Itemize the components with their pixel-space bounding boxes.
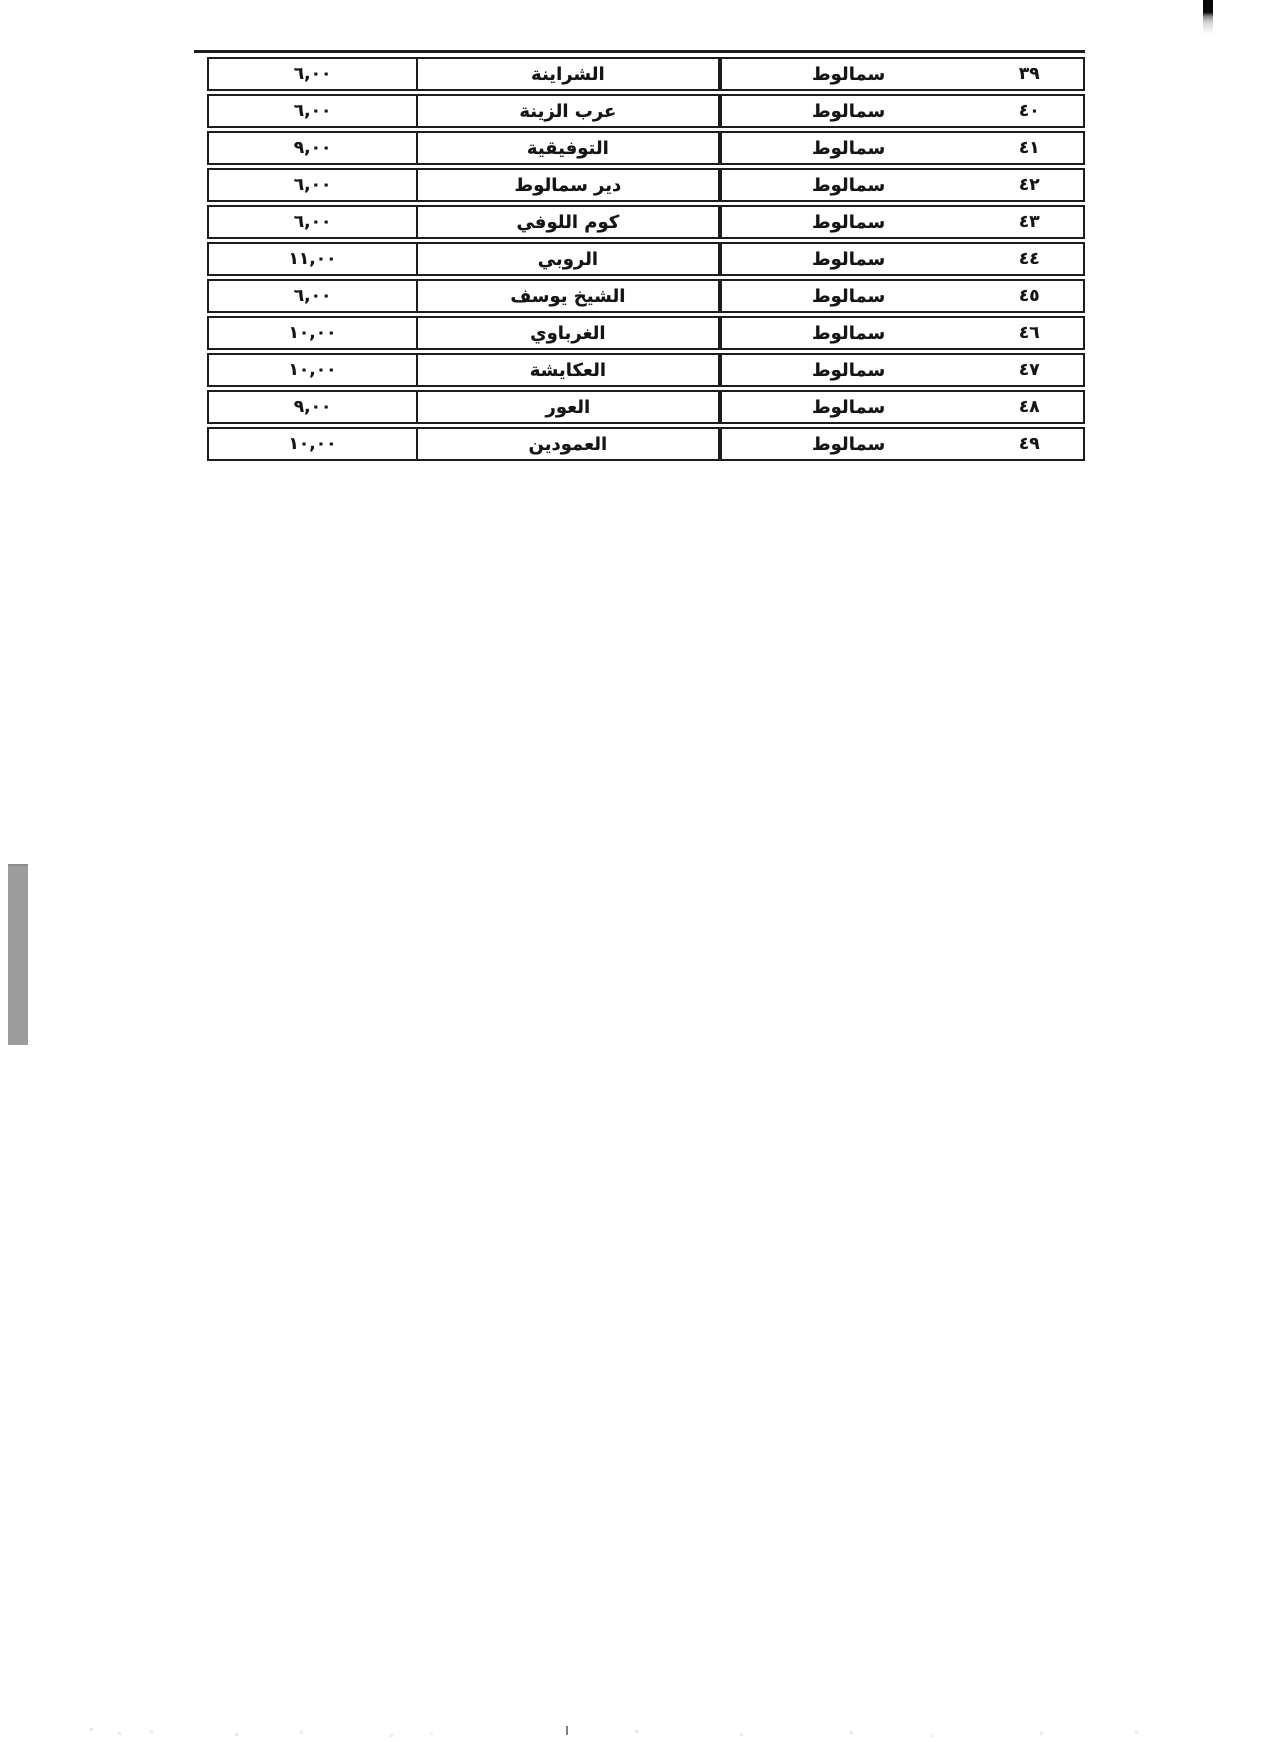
cell-row-number: ٤٨ — [976, 392, 1084, 422]
table-row: ٦,٠٠ عرب الزينة سمالوط ٤٠ — [207, 94, 1085, 128]
cell-row-number: ٤٩ — [976, 429, 1084, 459]
cell-district: سمالوط — [720, 133, 976, 163]
cell-value: ٩,٠٠ — [209, 392, 416, 422]
cell-district: سمالوط — [720, 207, 976, 237]
cell-value: ٦,٠٠ — [209, 59, 416, 89]
cell-district: سمالوط — [720, 59, 976, 89]
cell-row-number: ٤٢ — [976, 170, 1084, 200]
cell-row-number: ٤٥ — [976, 281, 1084, 311]
cell-district: سمالوط — [720, 96, 976, 126]
cell-row-number: ٤١ — [976, 133, 1084, 163]
table-row: ٩,٠٠ التوفيقية سمالوط ٤١ — [207, 131, 1085, 165]
villages-table: ٦,٠٠ الشراينة سمالوط ٣٩ ٦,٠٠ عرب الزينة … — [207, 57, 1085, 464]
cell-village: العكايشة — [416, 355, 720, 385]
cell-village: العمودين — [416, 429, 720, 459]
cell-village: دير سمالوط — [416, 170, 720, 200]
cell-village: التوفيقية — [416, 133, 720, 163]
cell-village: كوم اللوفي — [416, 207, 720, 237]
table-rows-container: ٦,٠٠ الشراينة سمالوط ٣٩ ٦,٠٠ عرب الزينة … — [207, 57, 1085, 461]
cell-value: ٩,٠٠ — [209, 133, 416, 163]
cell-value: ١١,٠٠ — [209, 244, 416, 274]
scan-artifact-gray-bar — [8, 864, 28, 1045]
table-row: ٦,٠٠ كوم اللوفي سمالوط ٤٣ — [207, 205, 1085, 239]
scan-artifact-top-right-mark — [1203, 0, 1213, 34]
cell-district: سمالوط — [720, 392, 976, 422]
table-row: ١٠,٠٠ الغرباوي سمالوط ٤٦ — [207, 316, 1085, 350]
cell-value: ٦,٠٠ — [209, 207, 416, 237]
cell-district: سمالوط — [720, 318, 976, 348]
cell-row-number: ٣٩ — [976, 59, 1084, 89]
cell-row-number: ٤٣ — [976, 207, 1084, 237]
cell-district: سمالوط — [720, 429, 976, 459]
cell-village: الشراينة — [416, 59, 720, 89]
table-row: ١١,٠٠ الروبي سمالوط ٤٤ — [207, 242, 1085, 276]
scan-artifact-bottom-dash — [566, 1726, 568, 1735]
table-row: ٦,٠٠ الشيخ يوسف سمالوط ٤٥ — [207, 279, 1085, 313]
table-row: ٩,٠٠ العور سمالوط ٤٨ — [207, 390, 1085, 424]
cell-row-number: ٤٤ — [976, 244, 1084, 274]
cell-village: الروبي — [416, 244, 720, 274]
cell-district: سمالوط — [720, 355, 976, 385]
cell-value: ١٠,٠٠ — [209, 318, 416, 348]
cell-value: ٦,٠٠ — [209, 96, 416, 126]
cell-district: سمالوط — [720, 281, 976, 311]
cell-value: ٦,٠٠ — [209, 281, 416, 311]
cell-row-number: ٤٠ — [976, 96, 1084, 126]
cell-value: ٦,٠٠ — [209, 170, 416, 200]
scan-artifact-bottom-noise — [90, 1728, 93, 1731]
table-row: ١٠,٠٠ العكايشة سمالوط ٤٧ — [207, 353, 1085, 387]
cell-village: الشيخ يوسف — [416, 281, 720, 311]
cell-district: سمالوط — [720, 244, 976, 274]
table-row: ١٠,٠٠ العمودين سمالوط ٤٩ — [207, 427, 1085, 461]
scanned-page: ٦,٠٠ الشراينة سمالوط ٣٩ ٦,٠٠ عرب الزينة … — [0, 0, 1280, 1742]
cell-value: ١٠,٠٠ — [209, 429, 416, 459]
cell-village: الغرباوي — [416, 318, 720, 348]
cell-row-number: ٤٦ — [976, 318, 1084, 348]
cell-village: العور — [416, 392, 720, 422]
cell-village: عرب الزينة — [416, 96, 720, 126]
cell-row-number: ٤٧ — [976, 355, 1084, 385]
table-row: ٦,٠٠ دير سمالوط سمالوط ٤٢ — [207, 168, 1085, 202]
table-outer-top-border — [194, 50, 1085, 53]
cell-district: سمالوط — [720, 170, 976, 200]
table-row: ٦,٠٠ الشراينة سمالوط ٣٩ — [207, 57, 1085, 91]
cell-value: ١٠,٠٠ — [209, 355, 416, 385]
